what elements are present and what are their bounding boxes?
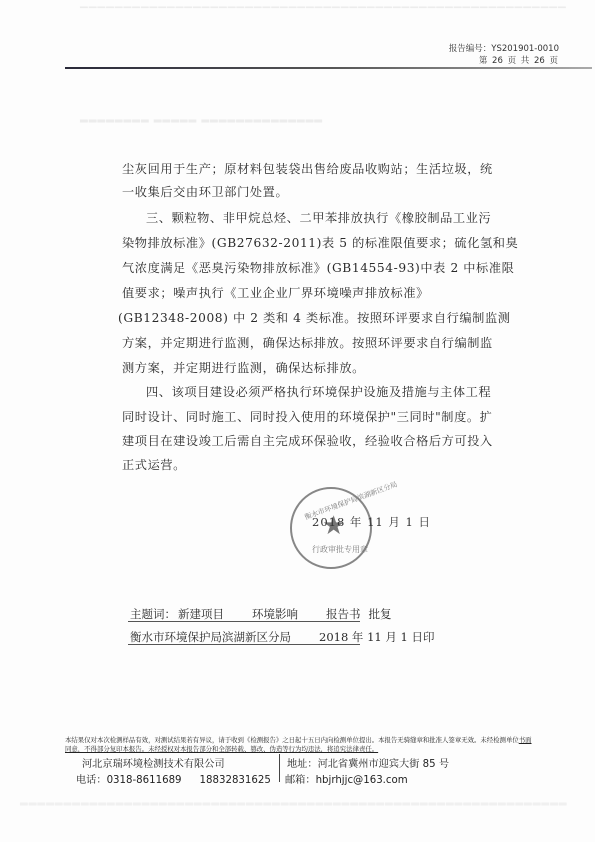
header-rule	[65, 67, 592, 69]
keywords-rule	[128, 621, 360, 622]
seal-date: 2018 年 11 月 1 日	[312, 514, 431, 530]
body-line: 四、该项目建设必须严格执行环境保护设施及措施与主体工程	[146, 383, 491, 400]
address-label: 地址：	[287, 759, 318, 770]
body-line: 尘灰回用于生产；原材料包装袋出售给废品收购站；生活垃圾，统	[122, 160, 493, 177]
report-number-value: YS201901-0010	[491, 44, 559, 54]
body-line: 染物排放标准》(GB27632-2011)表 5 的标准限值要求；硫化氢和臭	[122, 234, 518, 251]
phone-label: 电话：	[76, 775, 107, 786]
keyword: 报告书	[326, 607, 361, 621]
phone-number: 0318-8611689	[107, 775, 182, 786]
issuer-name: 衡水市环境保护局滨湖新区分局	[130, 630, 291, 644]
body-line: 一收集后交由环卫部门处置。	[122, 183, 288, 200]
document-page: ▔▔▔▔▔▔▔▔▔▔▔▔▔▔▔▔▔▔▔▔▔▔▔▔▔▔▔▔▔▔▔▔▔▔▔▔▔▔▔▔…	[0, 0, 595, 842]
email-label: 邮箱：	[285, 775, 316, 786]
keyword: 批复	[369, 607, 392, 621]
email-value: hbjrhjjc@163.com	[316, 775, 408, 786]
bleed-through-text: ▂▂▂▂▂▂▂▂▂▂▂▂▂▂▂▂▂▂▂▂▂▂▂▂▂▂▂▂▂▂▂▂▂▂▂▂▂▂▂▂…	[20, 795, 568, 806]
body-line: 同时设计、同时施工、同时投入使用的环境保护"三同时"制度。扩	[122, 408, 492, 425]
footer-divider	[279, 754, 280, 782]
body-line: 测方案，并定期进行监测，确保达标排放。	[122, 359, 365, 376]
address-line: 地址：河北省冀州市迎宾大街 85 号	[287, 755, 449, 770]
keyword: 新建项目	[178, 607, 224, 621]
body-line: 正式运营。	[122, 456, 186, 473]
body-line: 建项目在建设竣工后需自主完成环保验收，经验收合格后方可投入	[122, 432, 493, 449]
address-value: 河北省冀州市迎宾大街 85 号	[318, 759, 450, 770]
issuer-line: 衡水市环境保护局滨湖新区分局2018 年 11 月 1 日印	[130, 629, 435, 645]
body-line: 三、颗粒物、非甲烷总烃、二甲苯排放执行《橡胶制品工业污	[146, 209, 491, 226]
email-line: 邮箱：hbjrhjjc@163.com	[285, 771, 408, 786]
report-number: 报告编号：YS201901-0010	[449, 42, 559, 54]
keyword: 环境影响	[252, 607, 298, 621]
keywords-line: 主题词：新建项目环境影响报告书批复	[130, 606, 360, 622]
body-line: 值要求；噪声执行《工业企业厂界环境噪声排放标准》	[122, 284, 429, 301]
report-number-label: 报告编号：	[449, 44, 492, 54]
body-line: 方案，并定期进行监测，确保达标排放。按照环评要求自行编制监	[122, 334, 493, 351]
body-line: (GB12348-2008) 中 2 类和 4 类标准。按照环评要求自行编制监测	[118, 309, 511, 326]
body-line: 气浓度满足《恶臭污染物排放标准》(GB14554-93)中表 2 中标准限	[122, 259, 514, 276]
issue-date: 2018 年 11 月 1 日印	[319, 630, 435, 644]
mobile-number: 18832831625	[200, 775, 271, 786]
keywords-label: 主题词：	[130, 607, 176, 621]
disclaimer-text: 本结果仅对本次检测样品有效，对测试结果若有异议，请于收到《检测报告》之日起十五日…	[65, 736, 519, 744]
disclaimer: 本结果仅对本次检测样品有效，对测试结果若有异议，请于收到《检测报告》之日起十五日…	[65, 736, 535, 754]
bleed-through-text: ▔▔▔▔▔▔▔▔▔▔▔▔▔▔▔▔▔▔▔▔▔▔▔▔▔▔▔▔▔▔▔▔▔▔▔▔▔▔▔▔…	[80, 8, 567, 19]
seal-inner-text: 行政审批专用章	[312, 544, 368, 555]
bleed-through-text: ▂▂▂▂▂▂▂▂ ▂▂▂▂▂ ▂▂▂▂▂▂▂▂▂▂▂▂▂▂	[80, 112, 323, 123]
phone-line: 电话：0318-861168918832831625	[76, 771, 271, 786]
issuer-rule	[128, 644, 360, 645]
company-name: 河北京瑞环境检测技术有限公司	[82, 755, 225, 770]
page-indicator: 第 26 页 共 26 页	[479, 54, 558, 66]
